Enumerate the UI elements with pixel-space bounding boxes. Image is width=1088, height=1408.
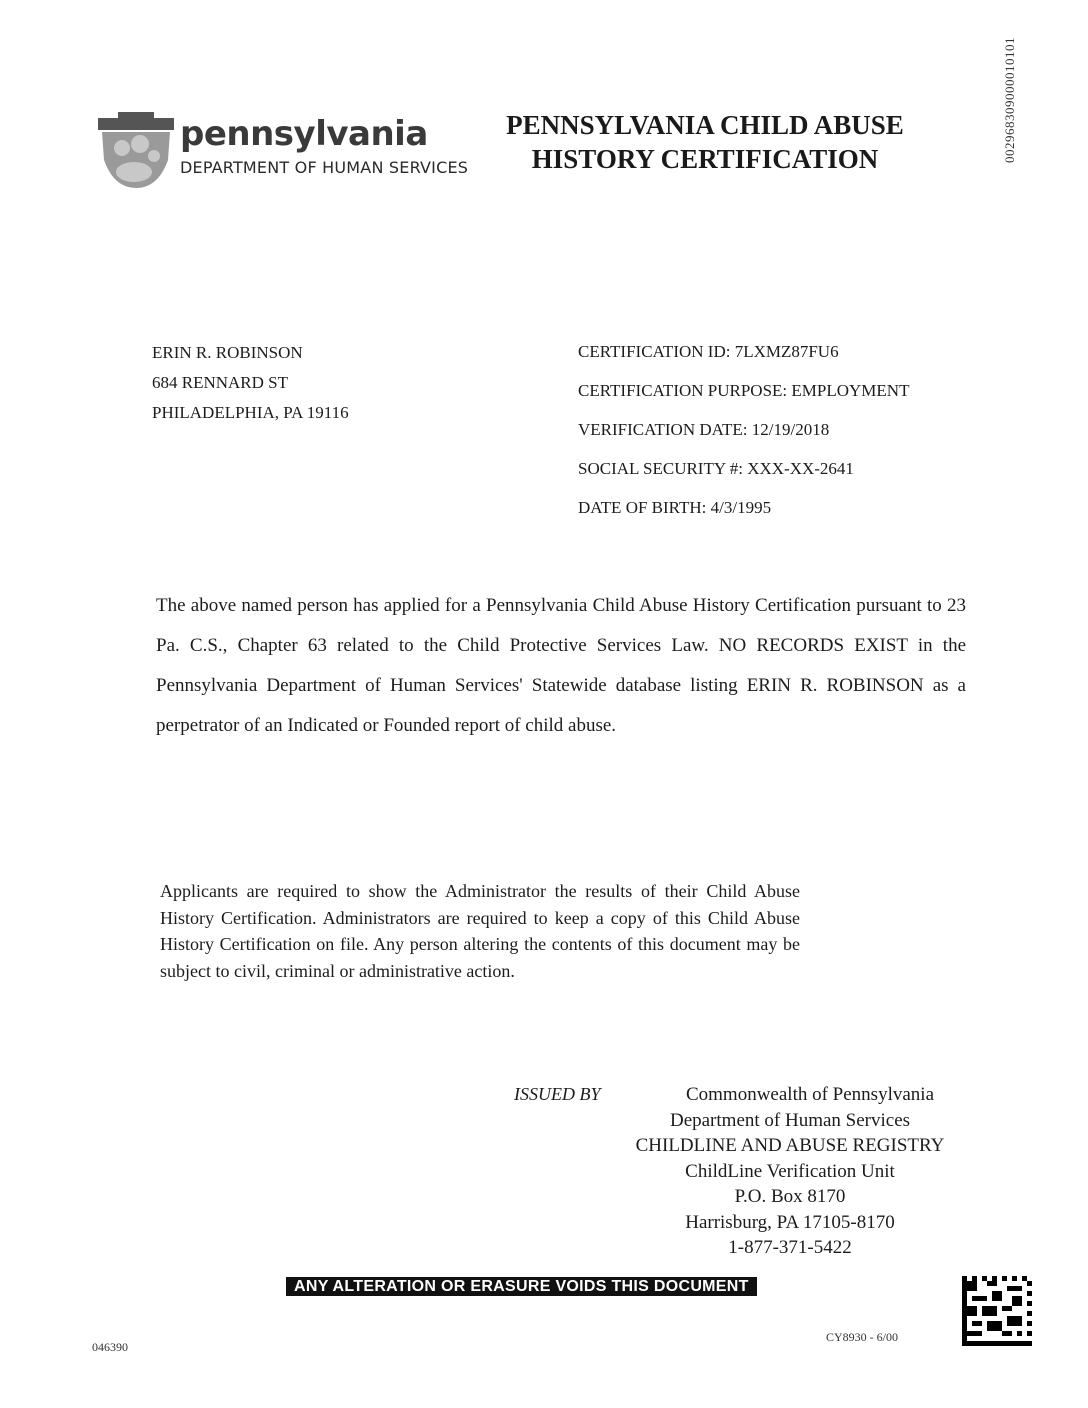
issuer-line: ChildLine Verification Unit	[600, 1159, 980, 1185]
verification-date: VERIFICATION DATE: 12/19/2018	[578, 410, 909, 449]
certification-statement: The above named person has applied for a…	[156, 586, 966, 746]
logo-wordmark: pennsylvania	[180, 114, 428, 154]
applicant-address-block: ERIN R. ROBINSON 684 RENNARD ST PHILADEL…	[152, 338, 349, 428]
social-security: SOCIAL SECURITY #: XXX-XX-2641	[578, 449, 909, 488]
dhs-logo: pennsylvania DEPARTMENT OF HUMAN SERVICE…	[96, 110, 476, 190]
applicant-street: 684 RENNARD ST	[152, 368, 349, 398]
issuer-line: Department of Human Services	[600, 1108, 980, 1134]
title-line-1: PENNSYLVANIA CHILD ABUSE	[470, 108, 940, 142]
data-matrix-barcode-icon	[962, 1276, 1032, 1346]
issued-by-label: ISSUED BY	[514, 1084, 601, 1105]
form-code: CY8930 - 6/00	[826, 1330, 898, 1345]
administrator-notice: Applicants are required to show the Admi…	[160, 878, 800, 984]
applicant-name: ERIN R. ROBINSON	[152, 338, 349, 368]
keystone-family-icon	[96, 110, 176, 190]
certification-details: CERTIFICATION ID: 7LXMZ87FU6 CERTIFICATI…	[578, 332, 909, 527]
applicant-city: PHILADELPHIA, PA 19116	[152, 398, 349, 428]
certification-purpose: CERTIFICATION PURPOSE: EMPLOYMENT	[578, 371, 909, 410]
alteration-warning-banner: ANY ALTERATION OR ERASURE VOIDS THIS DOC…	[286, 1277, 757, 1296]
logo-department: DEPARTMENT OF HUMAN SERVICES	[180, 158, 468, 177]
date-of-birth: DATE OF BIRTH: 4/3/1995	[578, 488, 909, 527]
issuer-block: Commonwealth of Pennsylvania Department …	[600, 1082, 980, 1261]
document-number: 046390	[92, 1340, 128, 1355]
vertical-tracking-code: 002968309000010101	[995, 30, 1025, 170]
tracking-code-text: 002968309000010101	[1002, 37, 1018, 163]
document-title: PENNSYLVANIA CHILD ABUSE HISTORY CERTIFI…	[470, 108, 940, 176]
issuer-line: 1-877-371-5422	[600, 1235, 980, 1261]
issuer-line: P.O. Box 8170	[600, 1184, 980, 1210]
title-line-2: HISTORY CERTIFICATION	[470, 142, 940, 176]
certification-id: CERTIFICATION ID: 7LXMZ87FU6	[578, 332, 909, 371]
issuer-line: Harrisburg, PA 17105-8170	[600, 1210, 980, 1236]
issuer-line: Commonwealth of Pennsylvania	[600, 1082, 980, 1108]
issuer-line: CHILDLINE AND ABUSE REGISTRY	[600, 1133, 980, 1159]
